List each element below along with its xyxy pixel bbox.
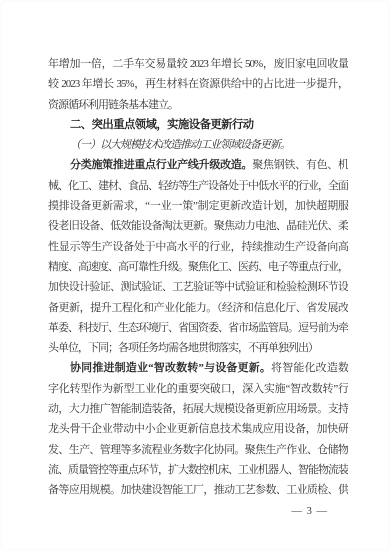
- text-line: 备更新，提升工程化和产业化能力。（经济和信息化厅、省发展改: [48, 298, 348, 318]
- text-segment-lead: 分类施策推进重点行业产线升级改造。: [70, 159, 252, 171]
- text-line: 精度、高速度、高可靠性升级。聚焦化工、医药、电子等重点行业，: [48, 257, 348, 277]
- text-segment-body: 资源循环利用链条基本建立。: [48, 99, 178, 111]
- text-line: 资源循环利用链条基本建立。: [48, 95, 348, 115]
- text-line: 年增加一倍，二手车交易量较 2023 年增长 50%，废旧家电回收量: [48, 54, 348, 74]
- text-line: 分类施策推进重点行业产线升级改造。聚焦钢铁、有色、机: [48, 155, 348, 175]
- text-line: 役老旧设备、低效能设备淘汰更新。聚焦动力电池、晶硅光伏、柔: [48, 216, 348, 236]
- text-line: 械、化工、建材、食品、轻纺等生产设备处于中低水平的行业，全面: [48, 176, 348, 196]
- text-segment-body: 字化转型作为新型工业化的重要突破口，深入实施“智改数转”行: [48, 383, 348, 395]
- text-segment-body: 加快设计验证、测试验证、工艺验证等中试验证和检验检测环节设: [48, 281, 348, 293]
- text-block: 年增加一倍，二手车交易量较 2023 年增长 50%，废旧家电回收量较 2023…: [48, 54, 348, 501]
- text-segment-body: 年增加一倍，二手车交易量较 2023 年增长 50%，废旧家电回收量: [48, 58, 348, 70]
- text-segment-body: 摸排设备更新需求，“一业一策”制定更新改造计划，加快超期服: [48, 200, 348, 212]
- text-line: 性显示等生产设备处于中高水平的行业，持续推动生产设备向高: [48, 237, 348, 257]
- text-segment-body: 动，大力推广智能制造装备，拓展大规模设备更新应用场景。支持: [48, 403, 348, 415]
- text-segment-body: 性显示等生产设备处于中高水平的行业，持续推动生产设备向高: [48, 241, 348, 253]
- text-segment-body: 龙头骨干企业带动中小企业更新信息技术集成应用设备，加快研: [48, 423, 348, 435]
- document-page: 年增加一倍，二手车交易量较 2023 年增长 50%，废旧家电回收量较 2023…: [0, 0, 390, 551]
- text-line: 流、质量管控等重点环节，扩大数控机床、工业机器人、智能物流装: [48, 460, 348, 480]
- text-segment-body: 役老旧设备、低效能设备淘汰更新。聚焦动力电池、晶硅光伏、柔: [48, 220, 348, 232]
- text-line: 加快设计验证、测试验证、工艺验证等中试验证和检验检测环节设: [48, 277, 348, 297]
- page-number: — 3 —: [48, 503, 348, 521]
- text-segment-heading: 二、突出重点领域，实施设备更新行动: [70, 119, 254, 131]
- text-line: 二、突出重点领域，实施设备更新行动: [48, 115, 348, 135]
- text-segment-body: 较 2023 年增长 35%，再生材料在资源供给中的占比进一步提升，: [48, 78, 348, 90]
- text-line: 革委、科技厅、生态环境厅、省国资委、省市场监管局。逗号前为牵: [48, 318, 348, 338]
- text-line: 发、生产、管理等多流程业务数字化协同。聚焦生产作业、仓储物: [48, 440, 348, 460]
- text-line: 较 2023 年增长 35%，再生材料在资源供给中的占比进一步提升，: [48, 74, 348, 94]
- text-segment-lead: 协同推进制造业“智改数转”与设备更新。: [70, 362, 271, 374]
- text-segment-body: 精度、高速度、高可靠性升级。聚焦化工、医药、电子等重点行业，: [48, 261, 348, 273]
- text-segment-body: 革委、科技厅、生态环境厅、省国资委、省市场监管局。逗号前为牵: [48, 322, 348, 334]
- text-segment-body: 备等应用规模。加快建设智能工厂，推动工艺参数、工业质检、供: [48, 484, 348, 496]
- text-line: （一）以大规模技术改造推动工业领域设备更新。: [48, 135, 348, 155]
- text-segment-kai: （一）以大规模技术改造推动工业领域设备更新。: [70, 139, 290, 151]
- text-segment-body: 发、生产、管理等多流程业务数字化协同。聚焦生产作业、仓储物: [48, 444, 348, 456]
- text-segment-body: 流、质量管控等重点环节，扩大数控机床、工业机器人、智能物流装: [48, 464, 348, 476]
- text-line: 头单位，下同；各项任务均需各地贯彻落实，不再单独列出）: [48, 338, 348, 358]
- text-segment-body: 聚焦钢铁、有色、机: [252, 159, 348, 171]
- text-line: 龙头骨干企业带动中小企业更新信息技术集成应用设备，加快研: [48, 419, 348, 439]
- text-segment-body: 备更新，提升工程化和产业化能力。（经济和信息化厅、省发展改: [48, 302, 348, 314]
- text-segment-body: 械、化工、建材、食品、轻纺等生产设备处于中低水平的行业，全面: [48, 180, 348, 192]
- text-line: 摸排设备更新需求，“一业一策”制定更新改造计划，加快超期服: [48, 196, 348, 216]
- text-line: 字化转型作为新型工业化的重要突破口，深入实施“智改数转”行: [48, 379, 348, 399]
- text-line: 备等应用规模。加快建设智能工厂，推动工艺参数、工业质检、供: [48, 480, 348, 500]
- text-line: 协同推进制造业“智改数转”与设备更新。将智能化改造数: [48, 358, 348, 378]
- text-line: 动，大力推广智能制造装备，拓展大规模设备更新应用场景。支持: [48, 399, 348, 419]
- text-segment-body: 将智能化改造数: [271, 362, 348, 374]
- text-segment-body: 头单位，下同；各项任务均需各地贯彻落实，不再单独列出）: [48, 342, 318, 354]
